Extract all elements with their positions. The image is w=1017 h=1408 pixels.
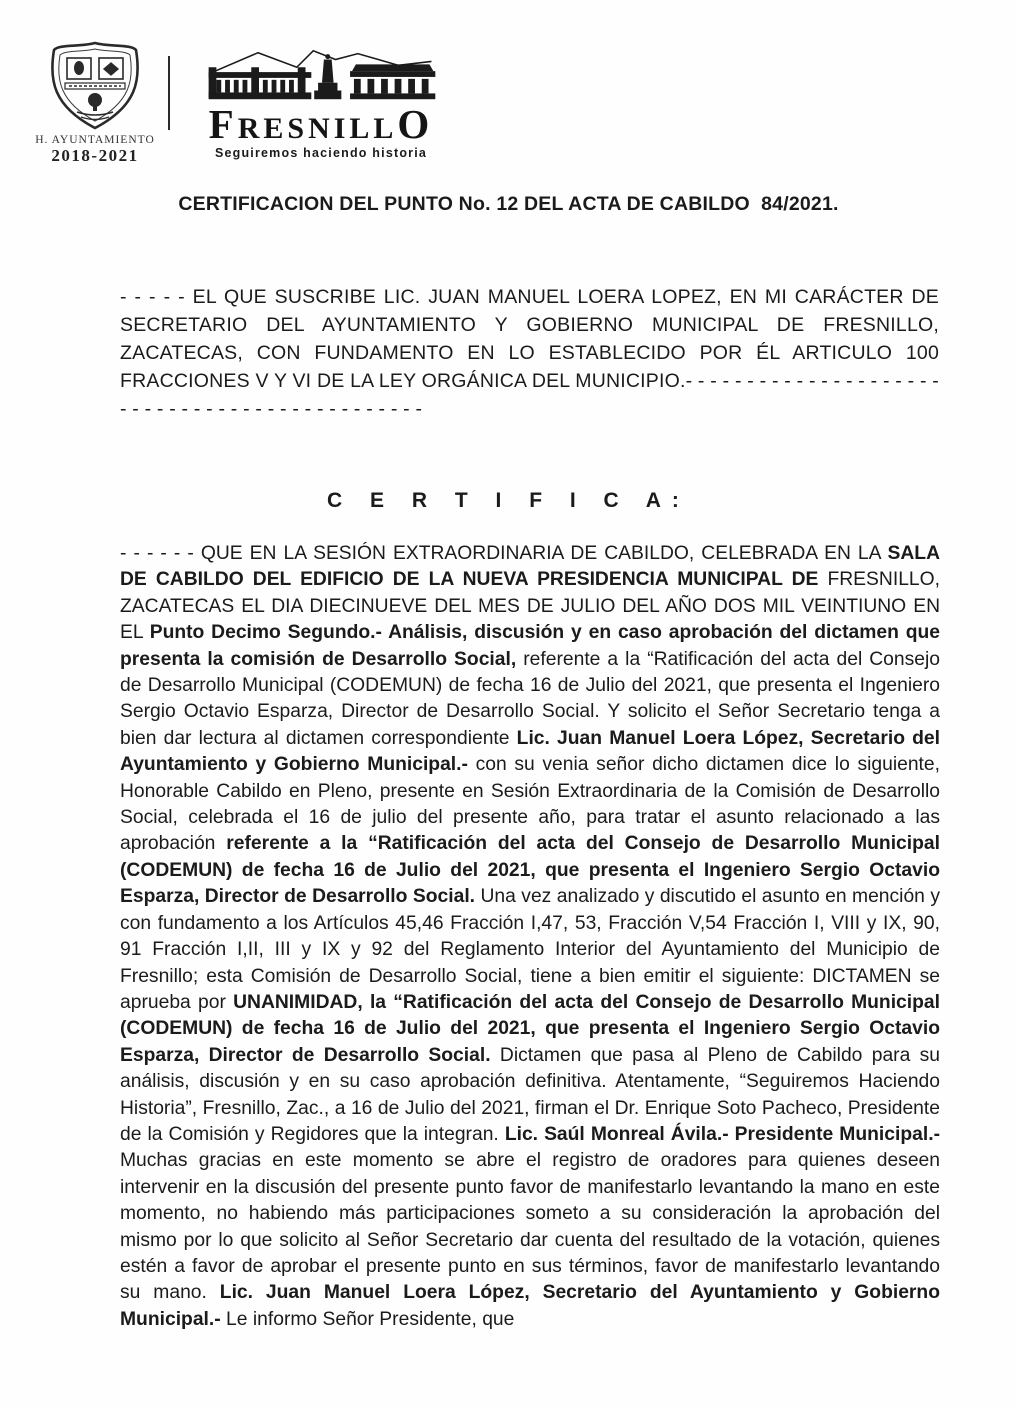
seal-caption: H. AYUNTAMIENTO	[30, 134, 160, 146]
brand-name: FRESNILLO	[196, 104, 446, 145]
seal-years: 2018-2021	[30, 146, 160, 166]
body-segment: Le informo Señor Presidente, que	[226, 1309, 514, 1330]
body-segment: - - - - - - QUE EN LA SESIÓN EXTRAORDINA…	[120, 543, 888, 564]
header-divider	[168, 56, 170, 130]
body-segment: Punto Decimo Segundo.-	[150, 622, 388, 643]
body-segment: Lic. Saúl Monreal Ávila.- Presidente Mun…	[505, 1124, 940, 1145]
brand-letters-mid: RESNILL	[238, 112, 398, 145]
body-segment: Muchas gracias en este momento se abre e…	[120, 1150, 940, 1303]
body-paragraph: - - - - - - QUE EN LA SESIÓN EXTRAORDINA…	[120, 541, 940, 1333]
document-page: H. AYUNTAMIENTO 2018-2021	[0, 0, 1017, 1408]
brand-letter-first: F	[209, 101, 238, 147]
city-seal-icon	[43, 40, 147, 132]
brand-letter-last: O	[397, 101, 433, 147]
fresnillo-logo: FRESNILLO Seguiremos haciendo historia	[196, 44, 446, 160]
brand-tagline: Seguiremos haciendo historia	[196, 146, 446, 160]
document-title: CERTIFICACION DEL PUNTO No. 12 DEL ACTA …	[0, 193, 1017, 216]
municipal-seal: H. AYUNTAMIENTO 2018-2021	[30, 40, 160, 166]
certifica-heading: C E R T I F I C A:	[0, 489, 1017, 513]
intro-paragraph: - - - - - EL QUE SUSCRIBE LIC. JUAN MANU…	[120, 283, 939, 423]
bridge-monument-icon	[203, 44, 439, 106]
